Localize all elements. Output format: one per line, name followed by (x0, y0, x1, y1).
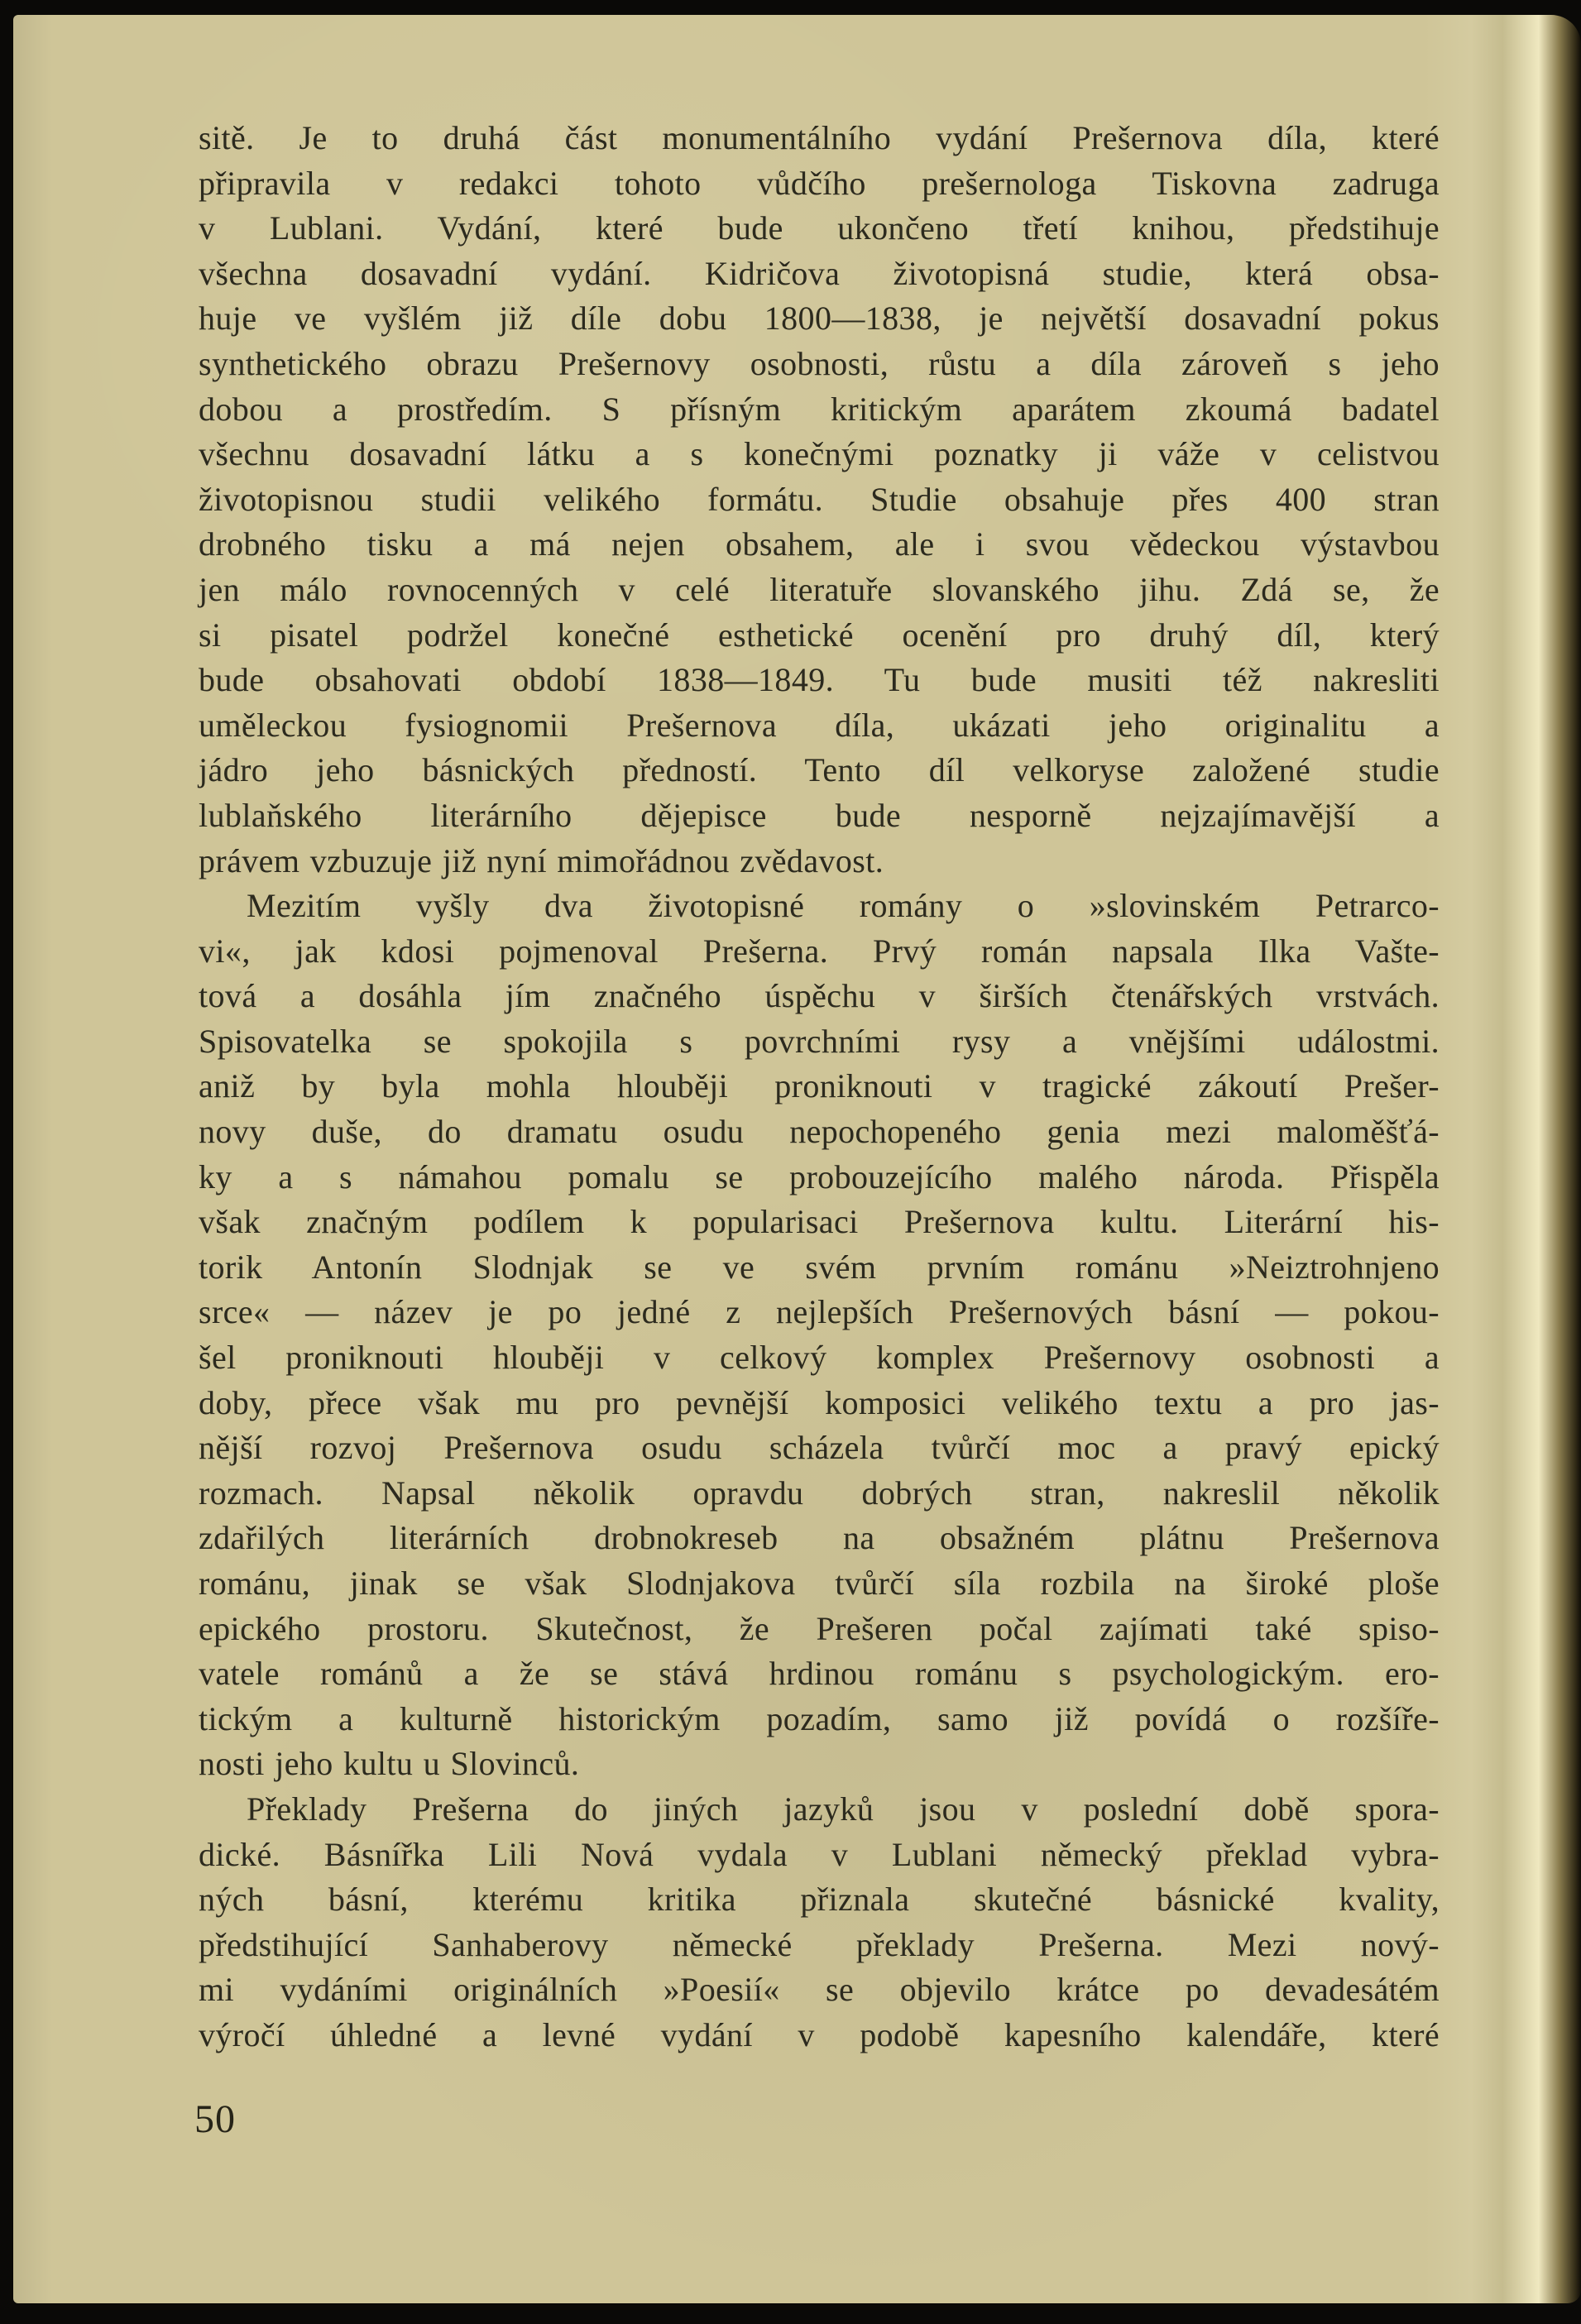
text-line: drobného tisku a má nejen obsahem, ale i… (199, 522, 1440, 568)
text-line: nější rozvoj Prešernova osudu scházela t… (199, 1426, 1440, 1471)
text-line: jen málo rovnocenných v celé literatuře … (199, 568, 1440, 613)
text-line: huje ve vyšlém již díle dobu 1800—1838, … (199, 296, 1440, 342)
page-number: 50 (194, 2100, 236, 2140)
text-line: připravila v redakci tohoto vůdčího preš… (199, 161, 1440, 207)
text-line-paragraph-end: právem vzbuzuje již nyní mimořádnou zvěd… (199, 839, 1440, 884)
text-line: všechnu dosavadní látku a s konečnými po… (199, 432, 1440, 477)
text-line-paragraph-start: Překlady Prešerna do jiných jazyků jsou … (199, 1787, 1440, 1833)
text-line: však značným podílem k popularisaci Preš… (199, 1200, 1440, 1245)
text-line: epického prostoru. Skutečnost, že Prešer… (199, 1607, 1440, 1652)
text-line-paragraph-start: Mezitím vyšly dva životopisné romány o »… (199, 884, 1440, 929)
text-line-paragraph-end: nosti jeho kultu u Slovinců. (199, 1742, 1440, 1787)
text-line: ných básní, kterému kritika přiznala sku… (199, 1877, 1440, 1923)
text-line: v Lublani. Vydání, které bude ukončeno t… (199, 206, 1440, 252)
text-line: předstihující Sanhaberovy německé překla… (199, 1923, 1440, 1968)
text-line: vi«, jak kdosi pojmenoval Prešerna. Prvý… (199, 929, 1440, 975)
book-page: sitě. Je to druhá část monumentálního vy… (13, 15, 1581, 2303)
text-block: sitě. Je to druhá část monumentálního vy… (199, 116, 1440, 2058)
text-line: zdařilých literárních drobnokreseb na ob… (199, 1516, 1440, 1561)
text-line: uměleckou fysiognomii Prešernova díla, u… (199, 703, 1440, 749)
text-line: synthetického obrazu Prešernovy osobnost… (199, 342, 1440, 387)
text-line: srce« — název je po jedné z nejlepších P… (199, 1290, 1440, 1335)
text-line: tickým a kulturně historickým pozadím, s… (199, 1697, 1440, 1742)
text-line: sitě. Je to druhá část monumentálního vy… (199, 116, 1440, 161)
text-line: románu, jinak se však Slodnjakova tvůrčí… (199, 1561, 1440, 1607)
text-line: všechna dosavadní vydání. Kidričova živo… (199, 252, 1440, 297)
text-line: torik Antonín Slodnjak se ve svém prvním… (199, 1245, 1440, 1291)
text-line: novy duše, do dramatu osudu nepochopenéh… (199, 1109, 1440, 1155)
text-line: šel proniknouti hlouběji v celkový kompl… (199, 1335, 1440, 1381)
text-line: lublaňského literárního dějepisce bude n… (199, 793, 1440, 839)
text-line: si pisatel podržel konečné esthetické oc… (199, 613, 1440, 659)
text-line: ky a s námahou pomalu se probouzejícího … (199, 1155, 1440, 1200)
text-line: dobou a prostředím. S přísným kritickým … (199, 387, 1440, 433)
scan-viewport: sitě. Je to druhá část monumentálního vy… (0, 0, 1581, 2324)
text-line: mi vydáními originálních »Poesií« se obj… (199, 1967, 1440, 2013)
text-line: tová a dosáhla jím značného úspěchu v ši… (199, 974, 1440, 1019)
text-line: rozmach. Napsal několik opravdu dobrých … (199, 1471, 1440, 1517)
text-line: dické. Básnířka Lili Nová vydala v Lubla… (199, 1833, 1440, 1878)
text-line: aniž by byla mohla hlouběji proniknouti … (199, 1064, 1440, 1109)
text-line: jádro jeho básnických předností. Tento d… (199, 748, 1440, 793)
text-line: doby, přece však mu pro pevnější komposi… (199, 1381, 1440, 1426)
text-line: bude obsahovati období 1838—1849. Tu bud… (199, 658, 1440, 703)
text-line: výročí úhledné a levné vydání v podobě k… (199, 2013, 1440, 2058)
text-line: vatele románů a že se stává hrdinou romá… (199, 1651, 1440, 1697)
text-line: Spisovatelka se spokojila s povrchními r… (199, 1019, 1440, 1065)
text-line: životopisnou studii velikého formátu. St… (199, 477, 1440, 523)
